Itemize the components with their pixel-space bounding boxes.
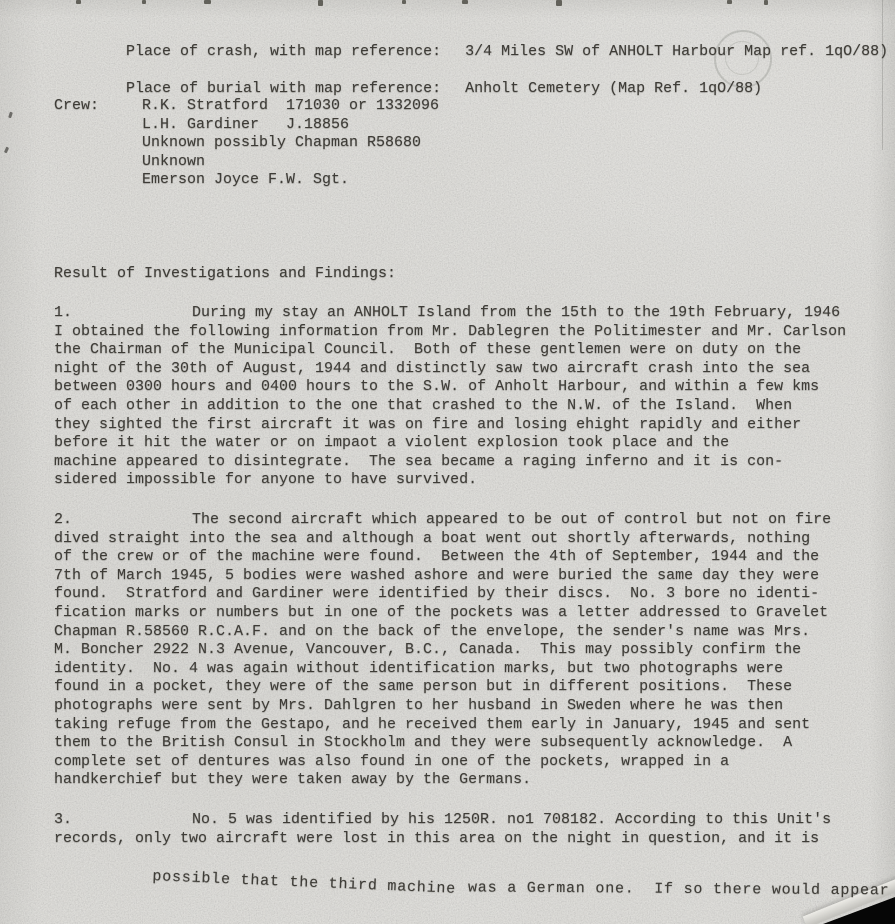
- text-line: The second aircraft which appeared to be…: [54, 511, 831, 530]
- paper-sheet: Place of crash, with map reference:3/4 M…: [0, 0, 895, 924]
- text-line: before it hit the water or on impaot a v…: [54, 434, 846, 453]
- crew-member: L.H. Gardiner J.18856: [142, 116, 439, 135]
- field-label: Place of crash, with map reference:: [126, 43, 441, 60]
- slanted-segment: was a German one. If so there would appe…: [468, 879, 895, 901]
- paragraph-number: 1.: [54, 304, 72, 323]
- text-line: Chapman R.58560 R.C.A.F. and on the back…: [54, 623, 831, 642]
- scanned-document: Place of crash, with map reference:3/4 M…: [0, 0, 895, 924]
- text-line: 7th of March 1945, 5 bodies were washed …: [54, 567, 831, 586]
- text-line: records, only two aircraft were lost in …: [54, 830, 895, 849]
- paragraph-number: 3.: [54, 811, 72, 830]
- paragraph-number: 2.: [54, 511, 72, 530]
- text-line: found. Stratford and Gardiner were ident…: [54, 585, 831, 604]
- text-line: night of the 30th of August, 1944 and di…: [54, 360, 846, 379]
- ink-speck: [4, 147, 9, 154]
- crew-label: Crew:: [54, 97, 99, 116]
- text-line: of each other in addition to the one tha…: [54, 397, 846, 416]
- crew-member: Unknown possibly Chapman R58680: [142, 134, 439, 153]
- text-line: M. Boncher 2922 N.3 Avenue, Vancouver, B…: [54, 641, 831, 660]
- paragraph-1: 1. During my stay an ANHOLT Island from …: [54, 304, 846, 490]
- crew-member: Unknown: [142, 153, 439, 172]
- section-heading: Result of Investigations and Findings:: [54, 265, 396, 284]
- text-line: found in a pocket, they were of the same…: [54, 678, 831, 697]
- text-line: machine appeared to disintegrate. The se…: [54, 453, 846, 472]
- ink-speck: [8, 112, 13, 119]
- text-line: of the crew or of the machine were found…: [54, 548, 831, 567]
- text-line: No. 5 was identified by his 1250R. no1 7…: [54, 811, 895, 830]
- field-value: 3/4 Miles SW of ANHOLT Harbour Map ref. …: [465, 43, 888, 60]
- crew-section: Crew: R.K. Stratford 171030 or 1332096 L…: [54, 97, 439, 190]
- text-line-slanted: possible that the third machinewas a Ger…: [54, 849, 895, 905]
- paragraph-3: 3. No. 5 was identified by his 1250R. no…: [54, 811, 895, 905]
- text-line: During my stay an ANHOLT Island from the…: [54, 304, 846, 323]
- text-line: complete set of dentures was also found …: [54, 753, 831, 772]
- field-value: Anholt Cemetery (Map Ref. 1qO/88): [465, 80, 762, 97]
- text-line: identity. No. 4 was again without identi…: [54, 660, 831, 679]
- text-line: dived straight into the sea and although…: [54, 530, 831, 549]
- text-line: handkerchief but they were taken away by…: [54, 771, 831, 790]
- text-line: them to the British Consul in Stockholm …: [54, 734, 831, 753]
- crew-member: R.K. Stratford 171030 or 1332096: [142, 97, 439, 116]
- field-label: Place of burial with map reference:: [126, 80, 441, 97]
- paragraph-2: 2. The second aircraft which appeared to…: [54, 511, 831, 790]
- text-line: I obtained the following information fro…: [54, 323, 846, 342]
- crew-list: R.K. Stratford 171030 or 1332096 L.H. Ga…: [142, 97, 439, 190]
- text-line: the Chairman of the Municipal Council. B…: [54, 341, 846, 360]
- slanted-segment: possible that the third machine: [152, 868, 456, 899]
- text-line: sidered impossible for anyone to have su…: [54, 471, 846, 490]
- text-line: photographs were sent by Mrs. Dahlgren t…: [54, 697, 831, 716]
- text-line: fication marks or numbers but in one of …: [54, 604, 831, 623]
- crew-member: Emerson Joyce F.W. Sgt.: [142, 171, 439, 190]
- text-line: they sighted the first aircraft it was o…: [54, 416, 846, 435]
- text-line: taking refuge from the Gestapo, and he r…: [54, 716, 831, 735]
- text-line: between 0300 hours and 0400 hours to the…: [54, 378, 846, 397]
